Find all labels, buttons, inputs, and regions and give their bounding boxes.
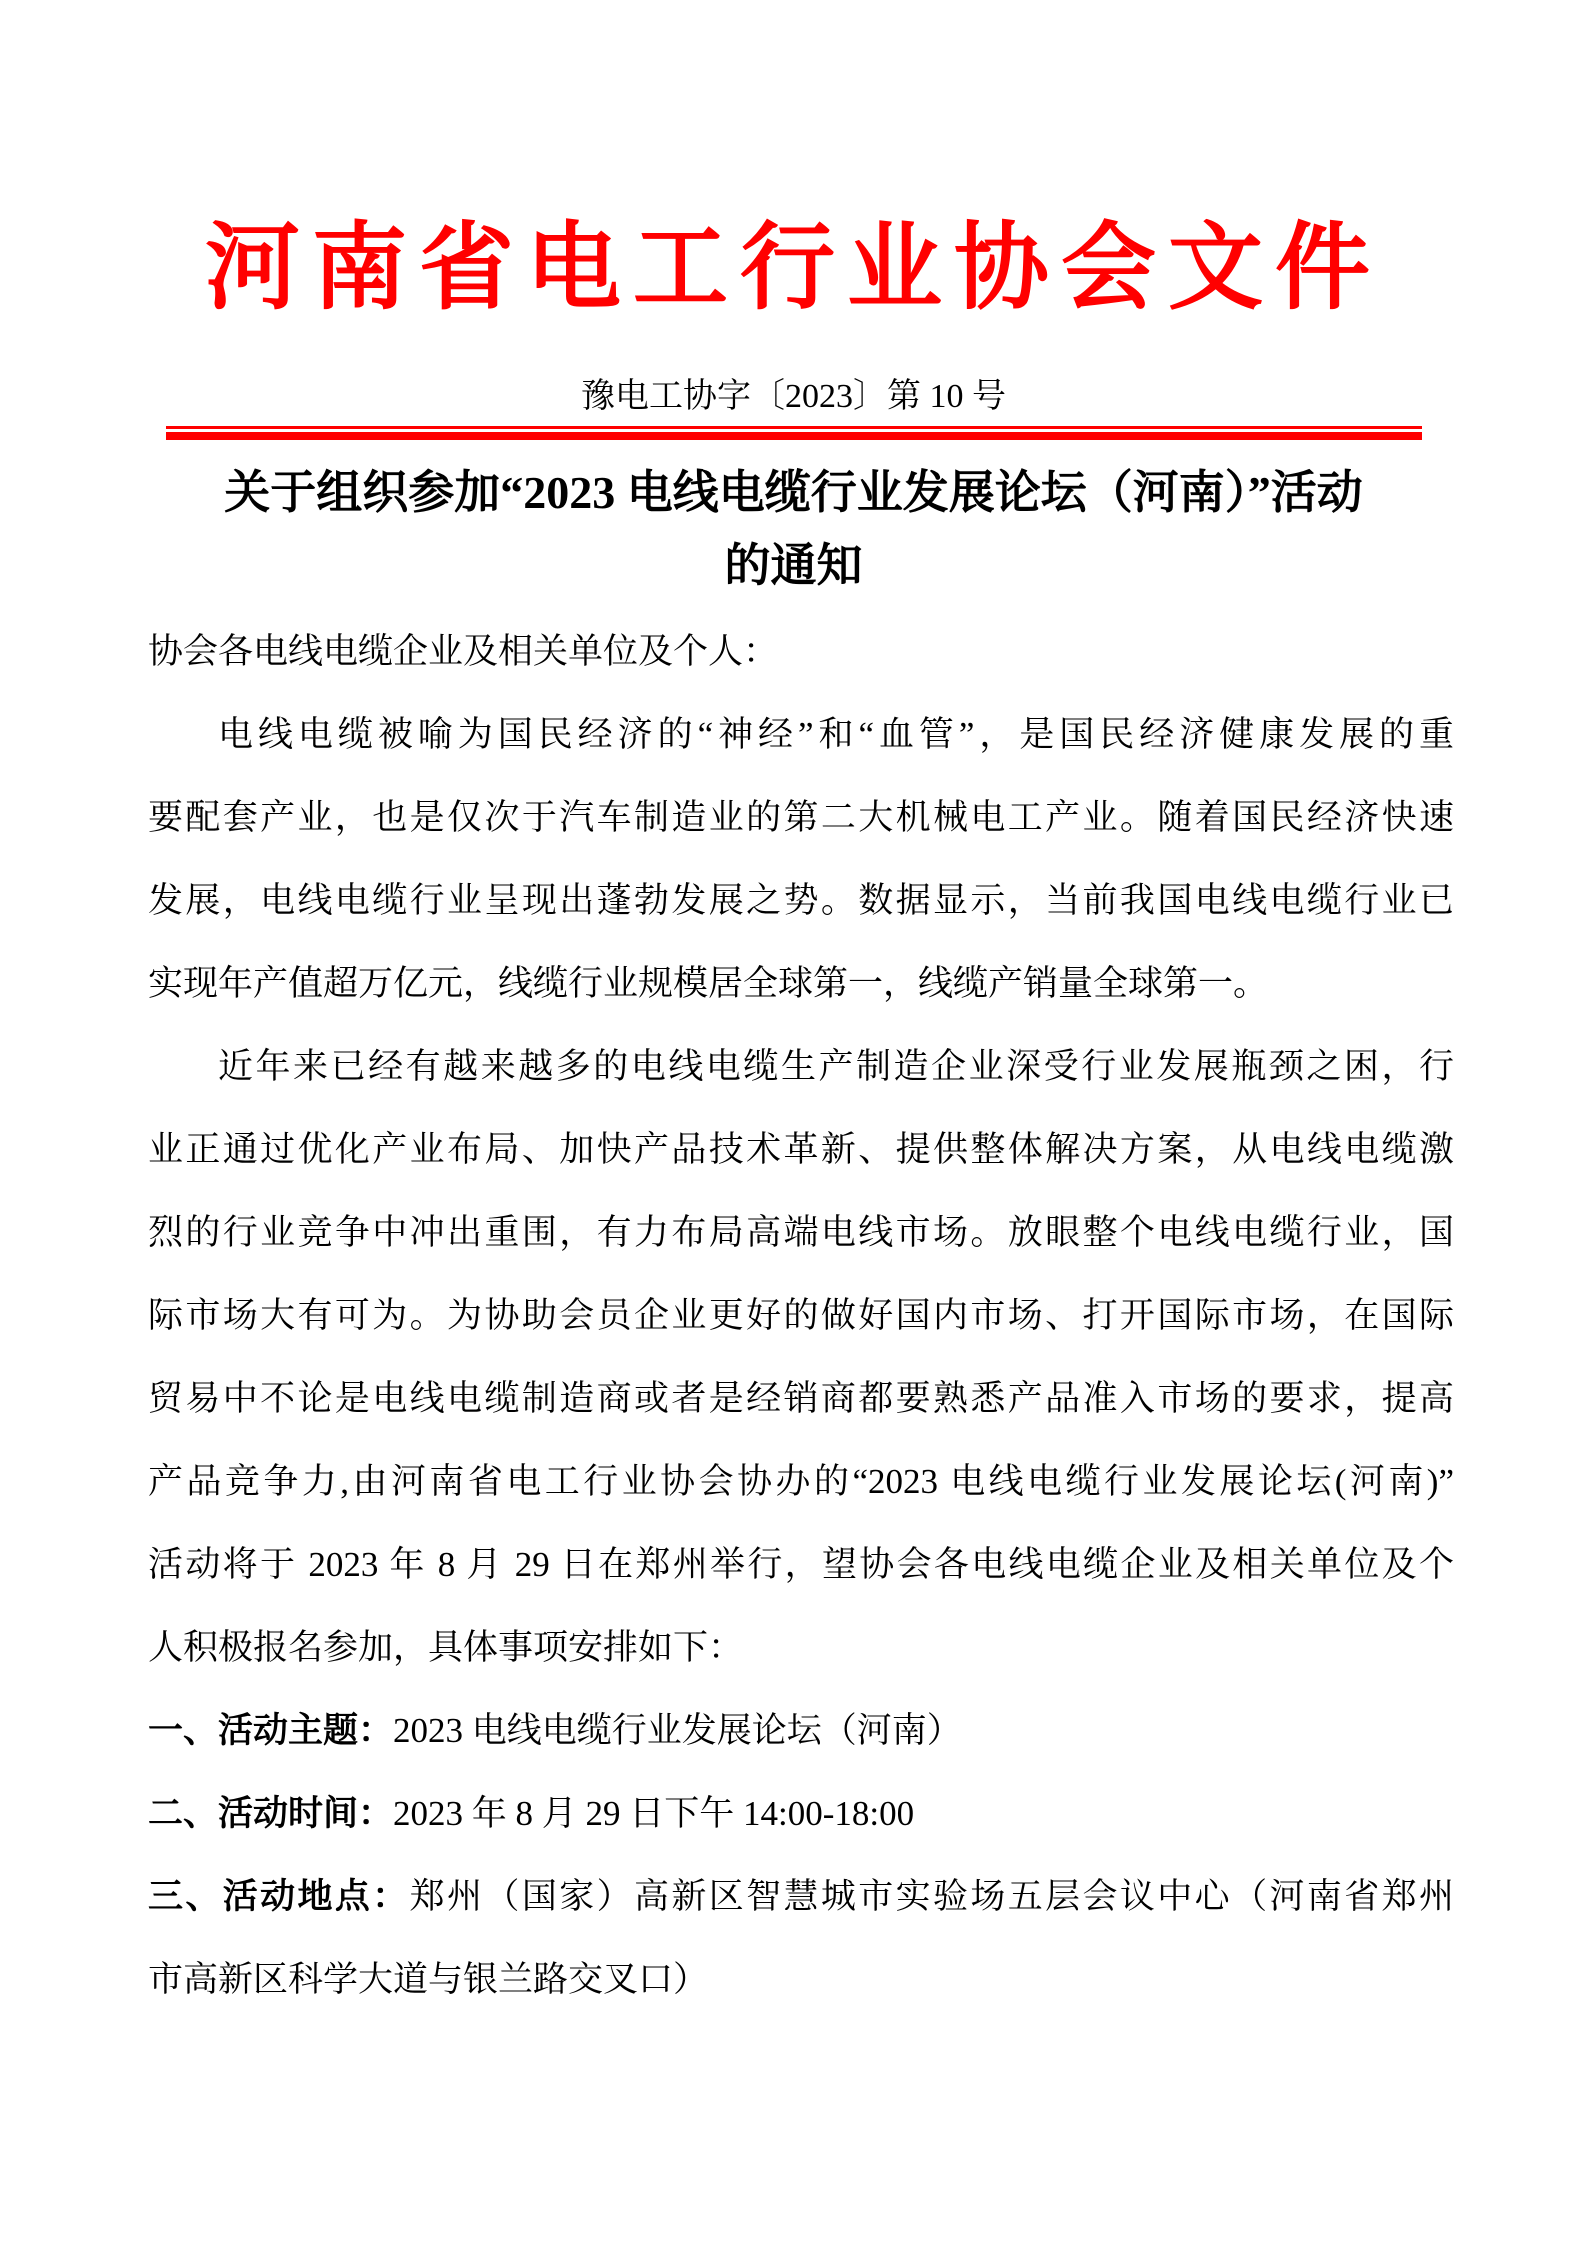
paragraph-2-line: 际市场大有可为。为协助会员企业更好的做好国内市场、打开国际市场，在国际 bbox=[148, 1274, 1454, 1357]
paragraph-1-line: 电线电缆被喻为国民经济的“神经”和“血管”，是国民经济健康发展的重 bbox=[148, 693, 1454, 776]
paragraph-1-line: 实现年产值超万亿元，线缆行业规模居全球第一，线缆产销量全球第一。 bbox=[148, 942, 1454, 1025]
item-location-line-1: 三、活动地点：郑州（国家）高新区智慧城市实验场五层会议中心（河南省郑州 bbox=[148, 1855, 1454, 1938]
item-time-text: 2023 年 8 月 29 日下午 14:00-18:00 bbox=[393, 1794, 914, 1833]
item-location-label: 三、活动地点： bbox=[148, 1877, 410, 1916]
letterhead-title: 河南省电工行业协会文件 bbox=[0, 216, 1587, 320]
list-item-time: 二、活动时间：2023 年 8 月 29 日下午 14:00-18:00 bbox=[148, 1772, 1454, 1855]
doc-number: 豫电工协字〔2023〕第 10 号 bbox=[0, 376, 1587, 418]
item-theme-label: 一、活动主题： bbox=[148, 1711, 393, 1750]
paragraph-2-line: 活动将于 2023 年 8 月 29 日在郑州举行，望协会各电线电缆企业及相关单… bbox=[148, 1523, 1454, 1606]
paragraph-2-line: 贸易中不论是电线电缆制造商或者是经销商都要熟悉产品准入市场的要求，提高 bbox=[148, 1357, 1454, 1440]
paragraph-2-line: 烈的行业竞争中冲出重围，有力布局高端电线市场。放眼整个电线电缆行业，国 bbox=[148, 1191, 1454, 1274]
paragraph-2: 近年来已经有越来越多的电线电缆生产制造企业深受行业发展瓶颈之困，行 业正通过优化… bbox=[148, 1025, 1454, 1689]
notice-heading-line-2: 的通知 bbox=[0, 529, 1587, 602]
notice-heading-line-1: 关于组织参加“2023 电线电缆行业发展论坛（河南）”活动 bbox=[0, 456, 1587, 529]
salutation: 协会各电线电缆企业及相关单位及个人： bbox=[148, 610, 1454, 693]
paragraph-2-line: 业正通过优化产业布局、加快产品技术革新、提供整体解决方案，从电线电缆激 bbox=[148, 1108, 1454, 1191]
list-item-theme: 一、活动主题：2023 电线电缆行业发展论坛（河南） bbox=[148, 1689, 1454, 1772]
item-time-label: 二、活动时间： bbox=[148, 1794, 393, 1833]
paragraph-1-line: 要配套产业，也是仅次于汽车制造业的第二大机械电工产业。随着国民经济快速 bbox=[148, 776, 1454, 859]
paragraph-2-line: 近年来已经有越来越多的电线电缆生产制造企业深受行业发展瓶颈之困，行 bbox=[148, 1025, 1454, 1108]
red-divider-rule bbox=[166, 426, 1422, 440]
paragraph-2-line: 产品竞争力,由河南省电工行业协会协办的“2023 电线电缆行业发展论坛(河南)” bbox=[148, 1440, 1454, 1523]
paragraph-1-line: 发展，电线电缆行业呈现出蓬勃发展之势。数据显示，当前我国电线电缆行业已 bbox=[148, 859, 1454, 942]
item-location-text: 郑州（国家）高新区智慧城市实验场五层会议中心（河南省郑州 bbox=[410, 1877, 1454, 1916]
document-page: 河南省电工行业协会文件 豫电工协字〔2023〕第 10 号 关于组织参加“202… bbox=[0, 0, 1587, 2245]
list-item-location: 三、活动地点：郑州（国家）高新区智慧城市实验场五层会议中心（河南省郑州 市高新区… bbox=[148, 1855, 1454, 2021]
item-theme-text: 2023 电线电缆行业发展论坛（河南） bbox=[393, 1711, 962, 1750]
notice-body: 协会各电线电缆企业及相关单位及个人： 电线电缆被喻为国民经济的“神经”和“血管”… bbox=[0, 610, 1587, 2021]
paragraph-1: 电线电缆被喻为国民经济的“神经”和“血管”，是国民经济健康发展的重 要配套产业，… bbox=[148, 693, 1454, 1025]
paragraph-2-line: 人积极报名参加，具体事项安排如下： bbox=[148, 1606, 1454, 1689]
item-location-line-2: 市高新区科学大道与银兰路交叉口） bbox=[148, 1938, 1454, 2021]
notice-heading: 关于组织参加“2023 电线电缆行业发展论坛（河南）”活动 的通知 bbox=[0, 456, 1587, 602]
